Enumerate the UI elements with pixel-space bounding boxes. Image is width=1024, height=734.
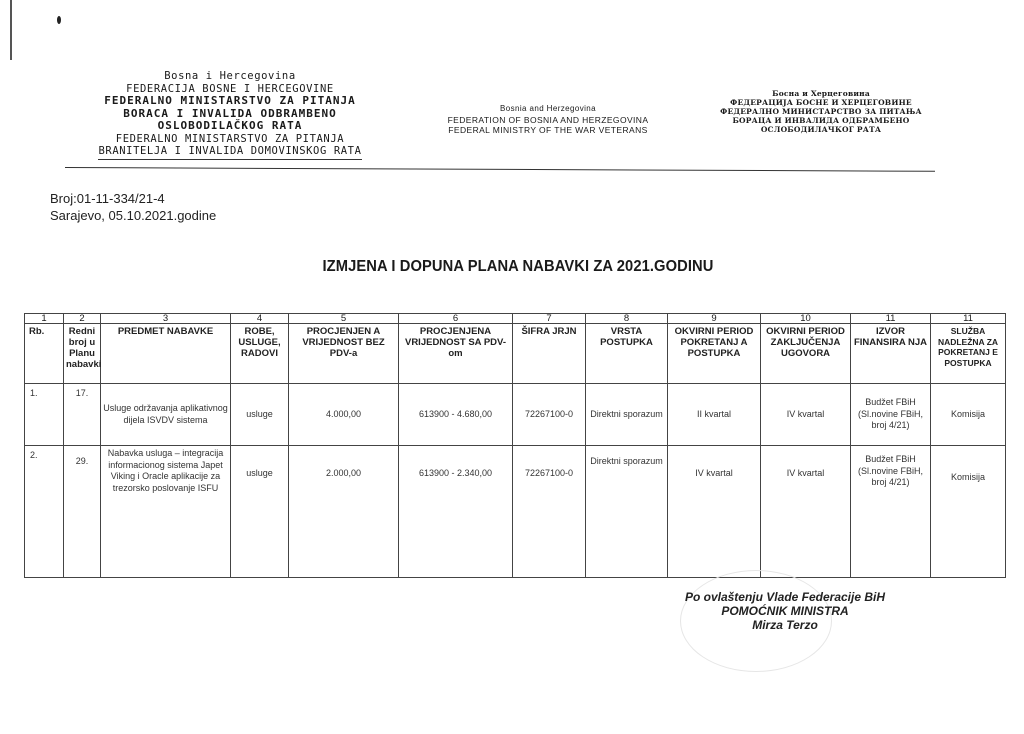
column-number: 4 xyxy=(231,314,289,324)
header-row: Rb. Redni broj u Planu nabavki PREDMET N… xyxy=(25,324,1006,384)
letterhead-line: БОРАЦА И ИНВАЛИДА ОДБРАМБЕНО xyxy=(696,116,946,125)
cell-cpv: 72267100-0 xyxy=(513,446,586,578)
column-number: 2 xyxy=(64,314,101,324)
signature-authority: Po ovlaštenju Vlade Federacije BiH xyxy=(655,590,915,604)
cell-start-period: II kvartal xyxy=(668,384,761,446)
letterhead-line: OSLOBODILAČKOG RATA xyxy=(70,120,390,133)
letterhead-line: FEDERALNO MINISTARSTVO ZA PITANJA xyxy=(70,133,390,146)
cell-value-no-vat: 2.000,00 xyxy=(289,446,399,578)
cell-plan-number: 29. xyxy=(64,446,101,578)
cell-type: usluge xyxy=(231,384,289,446)
header-start-period: OKVIRNI PERIOD POKRETANJ A POSTUPKA xyxy=(668,324,761,384)
document-reference: Broj:01-11-334/21-4 Sarajevo, 05.10.2021… xyxy=(50,190,216,224)
procurement-plan-table: 1 2 3 4 5 6 7 8 9 10 11 11 Rb. Redni bro… xyxy=(24,313,1006,578)
cell-start-period: IV kvartal xyxy=(668,446,761,578)
cell-value-with-vat: 613900 - 4.680,00 xyxy=(399,384,513,446)
cell-type: usluge xyxy=(231,446,289,578)
letterhead-bosnian: Bosna i Hercegovina FEDERACIJA BOSNE I H… xyxy=(70,70,390,160)
cell-cpv: 72267100-0 xyxy=(513,384,586,446)
table-row: 2. 29. Nabavka usluga – integracija info… xyxy=(25,446,1006,578)
table-row: 1. 17. Usluge održavanja aplikativnog di… xyxy=(25,384,1006,446)
cell-procedure: Direktni sporazum xyxy=(586,384,668,446)
document-title: IZMJENA I DOPUNA PLANA NABAVKI ZA 2021.G… xyxy=(279,258,757,276)
cell-subject: Usluge održavanja aplikativnog dijela IS… xyxy=(101,384,231,446)
column-number: 10 xyxy=(761,314,851,324)
header-rb: Rb. xyxy=(25,324,64,384)
signature-block: Po ovlaštenju Vlade Federacije BiH POMOĆ… xyxy=(655,590,915,632)
signature-name: Mirza Terzo xyxy=(655,618,915,632)
place-date: Sarajevo, 05.10.2021.godine xyxy=(50,207,216,224)
header-value-with-vat: PROCJENJENA VRIJEDNOST SA PDV-om xyxy=(399,324,513,384)
header-divider xyxy=(65,167,935,172)
scan-edge xyxy=(10,0,12,60)
letterhead-line: BRANITELJA I INVALIDA DOMOVINSKOG RATA xyxy=(98,145,361,160)
letterhead-line: FEDERALNO MINISTARSTVO ZA PITANJA xyxy=(70,95,390,108)
column-number: 3 xyxy=(101,314,231,324)
letterhead-line: Bosna i Hercegovina xyxy=(70,70,390,83)
header-type: ROBE, USLUGE, RADOVI xyxy=(231,324,289,384)
cell-contract-period: IV kvartal xyxy=(761,446,851,578)
letterhead-line: ФЕДЕРАЦИЈА БОСНЕ И ХЕРЦЕГОВИНЕ xyxy=(696,98,946,107)
header-procedure: VRSTA POSTUPKA xyxy=(586,324,668,384)
header-value-no-vat: PROCJENJEN A VRIJEDNOST BEZ PDV-a xyxy=(289,324,399,384)
column-number: 11 xyxy=(851,314,931,324)
cell-rb: 1. xyxy=(25,384,64,446)
cell-plan-number: 17. xyxy=(64,384,101,446)
column-number: 7 xyxy=(513,314,586,324)
signature-title: POMOĆNIK MINISTRA xyxy=(655,604,915,618)
letterhead-line: FEDERATION OF BOSNIA AND HERZEGOVINA xyxy=(418,115,678,126)
column-number: 6 xyxy=(399,314,513,324)
header-cpv: ŠIFRA JRJN xyxy=(513,324,586,384)
column-number: 8 xyxy=(586,314,668,324)
cell-responsible: Komisija xyxy=(931,446,1006,578)
header-plan-number: Redni broj u Planu nabavki xyxy=(64,324,101,384)
column-number: 1 xyxy=(25,314,64,324)
column-number: 9 xyxy=(668,314,761,324)
header-responsible: SLUŽBA NADLEŽNA ZA POKRETANJ E POSTUPKA xyxy=(931,324,1006,384)
letterhead-line: Босна и Херцеговина xyxy=(696,89,946,98)
column-number: 5 xyxy=(289,314,399,324)
letterhead-english: Bosnia and Herzegovina FEDERATION OF BOS… xyxy=(418,104,678,136)
letterhead-cyrillic: Босна и Херцеговина ФЕДЕРАЦИЈА БОСНЕ И Х… xyxy=(696,89,946,134)
reference-number: Broj:01-11-334/21-4 xyxy=(50,190,216,207)
header-funding: IZVOR FINANSIRA NJA xyxy=(851,324,931,384)
cell-rb: 2. xyxy=(25,446,64,578)
letterhead-line: FEDERAL MINISTRY OF THE WAR VETERANS xyxy=(418,125,678,136)
letterhead-line: ОСЛОБОДИЛАЧКОГ РАТА xyxy=(696,125,946,134)
cell-responsible: Komisija xyxy=(931,384,1006,446)
cell-subject: Nabavka usluga – integracija informacion… xyxy=(101,446,231,578)
header-contract-period: OKVIRNI PERIOD ZAKLJUČENJA UGOVORA xyxy=(761,324,851,384)
cell-procedure: Direktni sporazum xyxy=(586,446,668,578)
cell-funding: Budžet FBiH (Sl.novine FBiH, broj 4/21) xyxy=(851,446,931,578)
cell-value-no-vat: 4.000,00 xyxy=(289,384,399,446)
letterhead-line: Bosnia and Herzegovina xyxy=(418,104,678,115)
letterhead-line: ФЕДЕРАЛНО МИНИСТАРСТВО ЗА ПИТАЊА xyxy=(696,107,946,116)
cell-contract-period: IV kvartal xyxy=(761,384,851,446)
cell-funding: Budžet FBiH (Sl.novine FBiH, broj 4/21) xyxy=(851,384,931,446)
column-number: 11 xyxy=(931,314,1006,324)
scan-speck xyxy=(57,16,61,24)
cell-value-with-vat: 613900 - 2.340,00 xyxy=(399,446,513,578)
column-number-row: 1 2 3 4 5 6 7 8 9 10 11 11 xyxy=(25,314,1006,324)
header-subject: PREDMET NABAVKE xyxy=(101,324,231,384)
